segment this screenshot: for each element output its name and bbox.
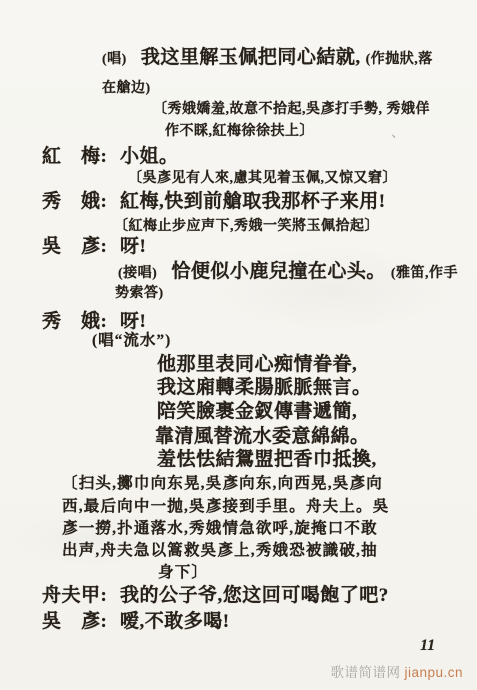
stage-direction: 势索答) xyxy=(115,285,164,301)
dialogue-line: 吳 彥:嗳,不敢多喝! xyxy=(42,612,230,631)
stage-direction-text: 身下〕 xyxy=(158,564,208,581)
speaker-name: 舟夫甲: xyxy=(42,586,120,605)
ink-smudge: 、 xyxy=(391,122,405,142)
stage-direction: 身下〕 xyxy=(158,565,208,581)
speaker-name: 吳 彥: xyxy=(42,612,120,631)
lyric-line: 靠清風替流水委意綿綿。 xyxy=(155,427,370,446)
lyric-text: 我这里解玉佩把同心結就, xyxy=(141,47,361,68)
dialogue-text: 嗳,不敢多喝! xyxy=(120,611,230,632)
stage-direction: 〔扫头,擲巾向东晃,吳彥向东,向西晃,吳彥向 xyxy=(62,476,383,492)
stage-direction: 〔秀娥嬌羞,故意不拾起,吳彥打手勢, 秀娥佯 xyxy=(153,101,430,117)
lyric-line: 他那里表同心痴情眷眷, xyxy=(157,355,357,374)
dialogue-line: 吳 彥:呀! xyxy=(42,237,146,256)
lyric-text: 他那里表同心痴情眷眷, xyxy=(157,354,357,375)
dialogue-text: 小姐。 xyxy=(120,146,179,167)
stage-direction-text: 彥一撈,扑通落水,秀娥情急欲呼,旋掩口不敢 xyxy=(62,520,378,537)
stage-direction-text: 在艙边) xyxy=(102,81,151,96)
dialogue-line: 紅 梅:小姐。 xyxy=(42,147,179,166)
lyric-text: 恰便似小鹿兒撞在心头。 xyxy=(171,261,386,282)
lyric-text: 羞怯怯結鴛盟把香巾抵換, xyxy=(157,449,377,470)
stage-direction: 彥一撈,扑通落水,秀娥情急欲呼,旋掩口不敢 xyxy=(62,521,378,537)
stage-direction: 在艙边) xyxy=(102,80,151,96)
stage-direction-text: 西,最后向中一抛,吳彥接到手里。舟夫上。吳 xyxy=(62,498,389,515)
inline-stage-note: (作抛狀,落 xyxy=(366,52,433,67)
stage-direction-text: 势索答) xyxy=(115,286,164,301)
stage-direction: 〔紅梅止步应声下,秀娥一笑將玉佩拾起〕 xyxy=(114,218,379,234)
lyric-line: 陪笑臉裹金釵傳書遞簡, xyxy=(157,402,357,421)
inline-stage-note: (雅笛,作手 xyxy=(391,266,458,281)
stage-direction: 作不睬,紅梅徐徐扶上〕 xyxy=(165,123,314,139)
dialogue-text: 呀! xyxy=(120,311,146,332)
stage-direction-text: 出声,舟夫急以篙救吳彥上,秀娥恐被識破,抽 xyxy=(62,542,378,559)
dialogue-text: 呀! xyxy=(120,236,146,257)
watermark-site-url: jianpu.cn xyxy=(404,665,463,680)
dialogue-line: 秀 娥:紅梅,快到前艙取我那杯子来用! xyxy=(42,192,386,211)
lyric-text: 靠清風替流水委意綿綿。 xyxy=(155,426,370,447)
stage-direction: 〔吳彥见有人來,慮其见着玉佩,又惊又窘〕 xyxy=(128,170,397,186)
dialogue-line: 秀 娥:呀! xyxy=(42,312,146,331)
stage-direction-text: 〔秀娥嬌羞,故意不拾起,吳彥打手勢, 秀娥佯 xyxy=(153,102,430,117)
dialogue-line: 舟夫甲:我的公子爷,您这回可喝飽了吧? xyxy=(42,586,389,605)
stage-direction-text: 〔吳彥见有人來,慮其见着玉佩,又惊又窘〕 xyxy=(128,171,397,186)
stage-direction-text: 作不睬,紅梅徐徐扶上〕 xyxy=(165,124,314,139)
lyric-line: 羞怯怯結鴛盟把香巾抵換, xyxy=(157,450,377,469)
inline-stage-note: (唱) xyxy=(102,52,127,67)
dialogue-text: 紅梅,快到前艙取我那杯子来用! xyxy=(120,191,386,212)
lyric-text: 我这廂轉柔腸脈脈無言。 xyxy=(157,377,372,398)
speaker-name: 秀 娥: xyxy=(42,192,120,211)
dialogue-text: 我的公子爷,您这回可喝飽了吧? xyxy=(120,585,389,606)
stage-direction-text: 〔紅梅止步应声下,秀娥一笑將玉佩拾起〕 xyxy=(114,219,379,234)
stage-direction-text: 〔扫头,擲巾向东晃,吳彥向东,向西晃,吳彥向 xyxy=(62,475,383,492)
lyric-line: (唱)我这里解玉佩把同心結就,(作抛狀,落 xyxy=(102,48,433,67)
inline-stage-note: (接唱) xyxy=(118,266,157,281)
speaker-name: 紅 梅: xyxy=(42,147,120,166)
scanned-page: (唱)我这里解玉佩把同心結就,(作抛狀,落 在艙边) 〔秀娥嬌羞,故意不拾起,吳… xyxy=(0,0,477,690)
stage-direction-text: (唱“流水”) xyxy=(92,332,171,349)
lyric-text: 陪笑臉裹金釵傳書遞簡, xyxy=(157,401,357,422)
stage-direction: (唱“流水”) xyxy=(92,333,171,349)
watermark-site-name: 歌谱简谱网 xyxy=(330,665,400,680)
speaker-name: 吳 彥: xyxy=(42,237,120,256)
lyric-line: (接唱)恰便似小鹿兒撞在心头。(雅笛,作手 xyxy=(118,262,458,281)
lyric-line: 我这廂轉柔腸脈脈無言。 xyxy=(157,378,372,397)
stage-direction: 出声,舟夫急以篙救吳彥上,秀娥恐被識破,抽 xyxy=(62,543,378,559)
speaker-name: 秀 娥: xyxy=(42,312,120,331)
stage-direction: 西,最后向中一抛,吳彥接到手里。舟夫上。吳 xyxy=(62,499,389,515)
page-number: 11 xyxy=(420,637,435,655)
watermark: 歌谱简谱网jianpu.cn xyxy=(330,661,463,681)
